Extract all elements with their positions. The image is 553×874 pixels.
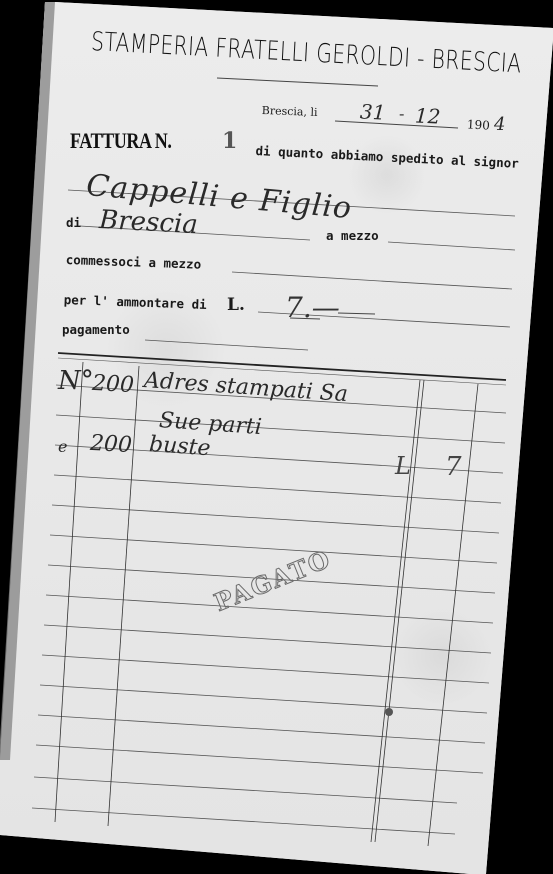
letterhead-title: STAMPERIA FRATELLI GEROLDI - BRESCIA [90, 27, 522, 80]
line-item-cent: 7 [445, 452, 462, 482]
amount-label: per l' ammontare di [63, 292, 206, 312]
paid-stamp: PAGATO [210, 544, 335, 617]
currency-symbol: L. [227, 295, 245, 315]
date-day: 31 [359, 99, 386, 124]
customer-city: Brescia [98, 205, 198, 240]
line-item-prefix: N° [58, 366, 94, 396]
place-date-label: Brescia, li [262, 104, 318, 119]
invoice-label: FATTURA N. [70, 128, 171, 154]
line-item-description: Adres stampati Sa [143, 368, 348, 407]
year-prefix: 190 [467, 117, 491, 132]
year-suffix: 4 [494, 114, 505, 135]
date-month: 12 [414, 103, 441, 128]
line-item-description: buste [148, 432, 211, 461]
payment-label: pagamento [62, 322, 130, 337]
line-item-prefix: e [58, 437, 67, 456]
line-item-qty: 200 [91, 371, 134, 398]
commessoci-label: commessoci a mezzo [65, 252, 201, 272]
di-label: di [66, 215, 81, 230]
invoice-number: 1 [222, 128, 237, 154]
line-item-lire: L [395, 452, 411, 480]
mezzo-label: a mezzo [326, 228, 379, 243]
invoice-content: STAMPERIA FRATELLI GEROLDI - BRESCIA Bre… [0, 0, 553, 874]
shipped-text: di quanto abbiamo spedito al signor [255, 143, 519, 171]
line-item-qty: 200 [89, 431, 132, 458]
date-separator: - [399, 104, 404, 123]
amount-value: 7.— [285, 291, 340, 324]
